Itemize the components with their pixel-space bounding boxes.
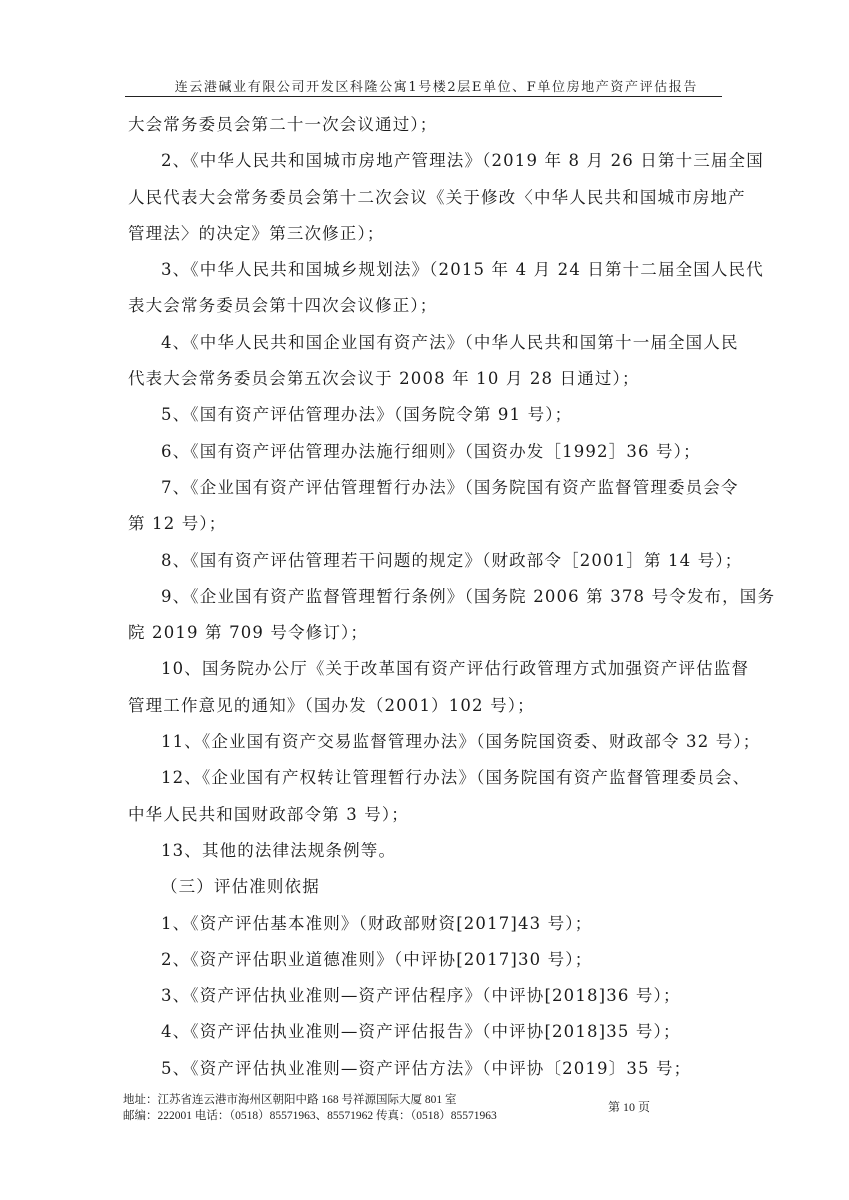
text-line: 人民代表大会常务委员会第十二次会议《关于修改〈中华人民共和国城市房地产: [128, 188, 722, 224]
text-line: 代表大会常务委员会第五次会议于 2008 年 10 月 28 日通过）；: [128, 369, 722, 405]
text-line: 6、《国有资产评估管理办法施行细则》（国资办发［1992］36 号）；: [128, 442, 722, 478]
text-line: 5、《资产评估执业准则—资产评估方法》（中评协〔2019〕35 号；: [128, 1059, 722, 1095]
text-line: 第 12 号）；: [128, 514, 722, 550]
text-line: 8、《国有资产评估管理若干问题的规定》（财政部令［2001］第 14 号）；: [128, 551, 722, 587]
page-footer: 地址：江苏省连云港市海州区朝阳中路 168 号祥源国际大厦 801 室 邮编：2…: [123, 1092, 723, 1124]
text-line: 3、《资产评估执业准则—资产评估程序》（中评协[2018]36 号）；: [128, 986, 722, 1022]
text-line: 表大会常务委员会第十四次会议修正）；: [128, 296, 722, 332]
text-line: 12、《企业国有产权转让管理暂行办法》（国务院国有资产监督管理委员会、: [128, 768, 722, 804]
text-line: 中华人民共和国财政部令第 3 号）；: [128, 805, 722, 841]
text-line: 1、《资产评估基本准则》（财政部财资[2017]43 号）；: [128, 914, 722, 950]
text-line: 大会常务委员会第二十一次会议通过）；: [128, 115, 722, 151]
document-body: 大会常务委员会第二十一次会议通过）； 2、《中华人民共和国城市房地产管理法》（2…: [128, 115, 722, 1095]
text-line: 2、《中华人民共和国城市房地产管理法》（2019 年 8 月 26 日第十三届全…: [128, 151, 722, 187]
text-line: 7、《企业国有资产评估管理暂行办法》（国务院国有资产监督管理委员会令: [128, 478, 722, 514]
text-line: 4、《中华人民共和国企业国有资产法》（中华人民共和国第十一届全国人民: [128, 333, 722, 369]
page-header: 连云港碱业有限公司开发区科隆公寓1号楼2层E单位、F单位房地产资产评估报告: [125, 74, 722, 97]
text-line: 4、《资产评估执业准则—资产评估报告》（中评协[2018]35 号）；: [128, 1022, 722, 1058]
text-line: 10、国务院办公厅《关于改革国有资产评估行政管理方式加强资产评估监督: [128, 659, 722, 695]
text-line: 5、《国有资产评估管理办法》（国务院令第 91 号）；: [128, 405, 722, 441]
page-number: 第 10 页: [608, 1099, 650, 1115]
text-line: 9、《企业国有资产监督管理暂行条例》（国务院 2006 第 378 号令发布，国…: [128, 587, 722, 623]
section-heading: （三）评估准则依据: [128, 877, 722, 913]
text-line: 院 2019 第 709 号令修订）；: [128, 623, 722, 659]
text-line: 2、《资产评估职业道德准则》（中评协[2017]30 号）；: [128, 950, 722, 986]
text-line: 管理法〉的决定》第三次修正）；: [128, 224, 722, 260]
text-line: 3、《中华人民共和国城乡规划法》（2015 年 4 月 24 日第十二届全国人民…: [128, 260, 722, 296]
report-title: 连云港碱业有限公司开发区科隆公寓1号楼2层E单位、F单位房地产资产评估报告: [175, 76, 698, 95]
text-line: 11、《企业国有资产交易监督管理办法》（国务院国资委、财政部令 32 号）；: [128, 732, 722, 768]
text-line: 管理工作意见的通知》（国办发（2001）102 号）；: [128, 696, 722, 732]
text-line: 13、其他的法律法规条例等。: [128, 841, 722, 877]
